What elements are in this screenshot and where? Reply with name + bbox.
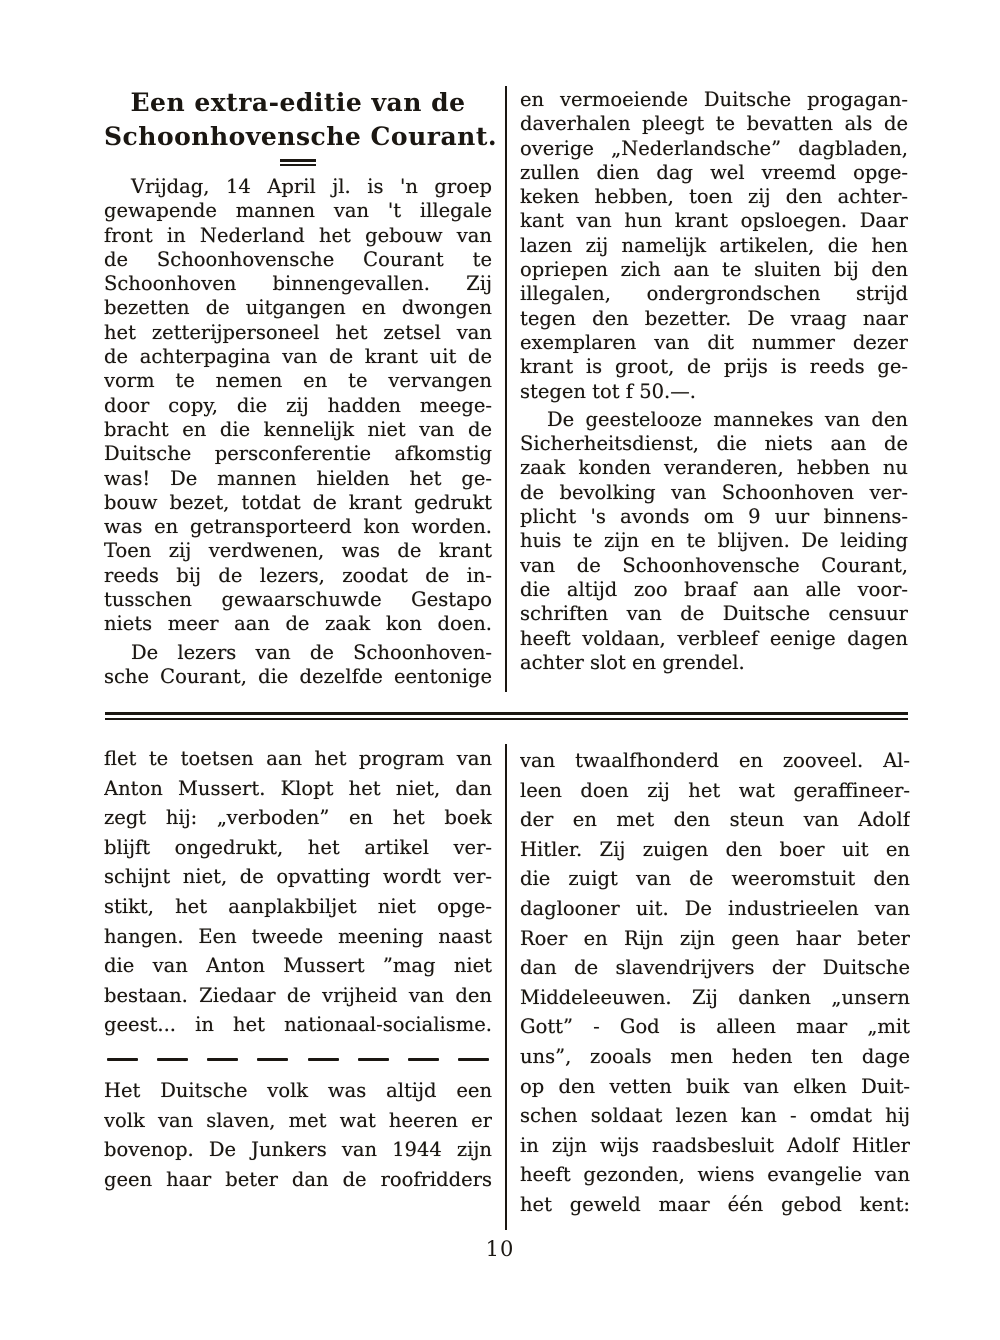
text-line: leen doen zij het wat geraffineer- xyxy=(520,776,910,806)
text-line: schen soldaat lezen kan - omdat hij xyxy=(520,1101,910,1131)
text-line: van de Schoonhovensche Courant, xyxy=(520,554,908,578)
text-line: Anton Mussert. Klopt het niet, dan xyxy=(104,774,492,804)
text-line: bouw bezet, totdat de krant gedrukt xyxy=(104,491,492,515)
text-line: Vrijdag, 14 April jl. is 'n groep xyxy=(104,175,492,199)
text-line: niets meer aan de zaak kon doen. xyxy=(104,612,492,636)
separator-dash xyxy=(408,1058,439,1061)
text-line: van twaalfhonderd en zooveel. Al- xyxy=(520,746,910,776)
separator-dash xyxy=(458,1058,489,1061)
top-left-column: Een extra-editie van de Schoonhovensche … xyxy=(104,86,492,689)
text-line: hangen. Een tweede meening naast xyxy=(104,922,492,952)
paragraph: flet te toetsen aan het program vanAnton… xyxy=(104,744,492,1040)
text-line: Het Duitsche volk was altijd een xyxy=(104,1076,492,1106)
top-left-body-text: Vrijdag, 14 April jl. is 'n groepgewapen… xyxy=(104,175,492,689)
section-divider-rule xyxy=(105,712,908,720)
text-line: illegalen, ondergrondschen strijd xyxy=(520,282,908,306)
text-line: huis te zijn en te blijven. De leiding xyxy=(520,529,908,553)
separator-dash xyxy=(207,1058,238,1061)
text-line: daglooner uit. De industrieelen van xyxy=(520,894,910,924)
text-line: die altijd zoo braaf aan alle voor- xyxy=(520,578,908,602)
text-line: Toen zij verdwenen, was de krant xyxy=(104,539,492,563)
text-line: volk van slaven, met wat heeren er xyxy=(104,1106,492,1136)
article-title: Een extra-editie van de Schoonhovensche … xyxy=(104,86,492,154)
bottom-left-body-text-1: flet te toetsen aan het program vanAnton… xyxy=(104,744,492,1040)
text-line: tusschen gewaarschuwde Gestapo xyxy=(104,588,492,612)
text-line: overige „Nederlandsche” dagbladen, xyxy=(520,137,908,161)
text-line: geen haar beter dan de roofridders xyxy=(104,1165,492,1195)
text-line: was! De mannen hielden het ge- xyxy=(104,467,492,491)
dashed-separator xyxy=(107,1057,489,1063)
text-line: bestaan. Ziedaar de vrijheid van den xyxy=(104,981,492,1011)
text-line: De lezers van de Schoonhoven- xyxy=(104,641,492,665)
text-line: dan de slavendrijvers der Duitsche xyxy=(520,953,910,983)
bottom-left-body-text-2: Het Duitsche volk was altijd eenvolk van… xyxy=(104,1076,492,1194)
text-line: stikt, het aanplakbiljet niet opge- xyxy=(104,892,492,922)
paragraph: van twaalfhonderd en zooveel. Al-leen do… xyxy=(520,746,910,1220)
bottom-right-column: van twaalfhonderd en zooveel. Al-leen do… xyxy=(520,746,910,1220)
bottom-left-column: flet te toetsen aan het program vanAnton… xyxy=(104,744,492,1194)
paragraph: Vrijdag, 14 April jl. is 'n groepgewapen… xyxy=(104,175,492,637)
text-line: Duitsche persconferentie afkomstig xyxy=(104,442,492,466)
top-right-column: en vermoeiende Duitsche progagan-daverha… xyxy=(520,88,908,675)
text-line: het zetterijpersoneel het zetsel van xyxy=(104,321,492,345)
text-line: keken hebben, toen zij den achter- xyxy=(520,185,908,209)
text-line: krant is groot, de prijs is reeds ge- xyxy=(520,355,908,379)
text-line: flet te toetsen aan het program van xyxy=(104,744,492,774)
separator-dash xyxy=(107,1058,138,1061)
text-line: in zijn wijs raadsbesluit Adolf Hitler xyxy=(520,1131,910,1161)
text-line: exemplaren van dit nummer dezer xyxy=(520,331,908,355)
text-line: die zuigt van de weeromstuit den xyxy=(520,864,910,894)
text-line: zaak konden veranderen, hebben nu xyxy=(520,456,908,480)
text-line: der en met den steun van Adolf xyxy=(520,805,910,835)
text-line: Hitler. Zij zuigen den boer uit en xyxy=(520,835,910,865)
article-title-line1: Een extra-editie van de xyxy=(104,86,492,120)
text-line: Roer en Rijn zijn geen haar beter xyxy=(520,924,910,954)
text-line: opriepen zich aan te sluiten bij den xyxy=(520,258,908,282)
text-line: bezetten de uitgangen en dwongen xyxy=(104,296,492,320)
paragraph: De lezers van de Schoonhoven-sche Couran… xyxy=(104,641,492,690)
text-line: heeft gezonden, wiens evangelie van xyxy=(520,1160,910,1190)
text-line: achter slot en grendel. xyxy=(520,651,908,675)
text-line: uns”, zooals men heden ten dage xyxy=(520,1042,910,1072)
separator-dash xyxy=(257,1058,288,1061)
paragraph: De geestelooze mannekes van denSicherhei… xyxy=(520,408,908,675)
text-line: De geestelooze mannekes van den xyxy=(520,408,908,432)
separator-dash xyxy=(358,1058,389,1061)
text-line: het geweld maar één gebod kent: xyxy=(520,1190,910,1220)
text-line: tegen den bezetter. De vraag naar xyxy=(520,307,908,331)
paragraph: en vermoeiende Duitsche progagan-daverha… xyxy=(520,88,908,404)
text-line: Schoonhoven binnengevallen. Zij xyxy=(104,272,492,296)
text-line: gewapende mannen van 't illegale xyxy=(104,199,492,223)
column-divider-bottom xyxy=(505,744,507,1230)
page-number: 10 xyxy=(0,1237,1000,1261)
paragraph: Het Duitsche volk was altijd eenvolk van… xyxy=(104,1076,492,1194)
text-line: reeds bij de lezers, zoodat de in- xyxy=(104,564,492,588)
text-line: en vermoeiende Duitsche progagan- xyxy=(520,88,908,112)
text-line: heeft voldaan, verbleef eenige dagen xyxy=(520,627,908,651)
text-line: bovenop. De Junkers van 1944 zijn xyxy=(104,1135,492,1165)
text-line: op den vetten buik van elken Duit- xyxy=(520,1072,910,1102)
article-title-line2: Schoonhovensche Courant. xyxy=(104,120,492,154)
title-underline-rule xyxy=(280,159,316,166)
text-line: door copy, die zij hadden meege- xyxy=(104,394,492,418)
text-line: sche Courant, die dezelfde eentonige xyxy=(104,665,492,689)
text-line: de achterpagina van de krant uit de xyxy=(104,345,492,369)
text-line: was en getransporteerd kon worden. xyxy=(104,515,492,539)
text-line: de bevolking van Schoonhoven ver- xyxy=(520,481,908,505)
text-line: geest... in het nationaal-socialisme. xyxy=(104,1010,492,1040)
text-line: vorm te nemen en te vervangen xyxy=(104,369,492,393)
text-line: schriften van de Duitsche censuur xyxy=(520,602,908,626)
text-line: blijft ongedrukt, het artikel ver- xyxy=(104,833,492,863)
text-line: plicht 's avonds om 9 uur binnens- xyxy=(520,505,908,529)
text-line: Gott” - God is alleen maar „mit xyxy=(520,1012,910,1042)
text-line: kant van hun krant opsloegen. Daar xyxy=(520,209,908,233)
text-line: de Schoonhovensche Courant te xyxy=(104,248,492,272)
separator-dash xyxy=(308,1058,339,1061)
column-divider-top xyxy=(505,86,507,692)
text-line: daverhalen pleegt te bevatten als de xyxy=(520,112,908,136)
top-right-body-text: en vermoeiende Duitsche progagan-daverha… xyxy=(520,88,908,675)
text-line: lazen zij namelijk artikelen, die hen xyxy=(520,234,908,258)
text-line: zegt hij: „verboden” en het boek xyxy=(104,803,492,833)
scanned-document-page: Een extra-editie van de Schoonhovensche … xyxy=(0,0,1000,1340)
text-line: stegen tot f 50.—. xyxy=(520,380,908,404)
text-line: front in Nederland het gebouw van xyxy=(104,224,492,248)
separator-dash xyxy=(157,1058,188,1061)
text-line: Middeleeuwen. Zij danken „unsern xyxy=(520,983,910,1013)
text-line: die van Anton Mussert ”mag niet xyxy=(104,951,492,981)
text-line: schijnt niet, de opvatting wordt ver- xyxy=(104,862,492,892)
text-line: bracht en die kennelijk niet van de xyxy=(104,418,492,442)
bottom-right-body-text: van twaalfhonderd en zooveel. Al-leen do… xyxy=(520,746,910,1220)
text-line: Sicherheitsdienst, die niets aan de xyxy=(520,432,908,456)
text-line: zullen dien dag wel vreemd opge- xyxy=(520,161,908,185)
